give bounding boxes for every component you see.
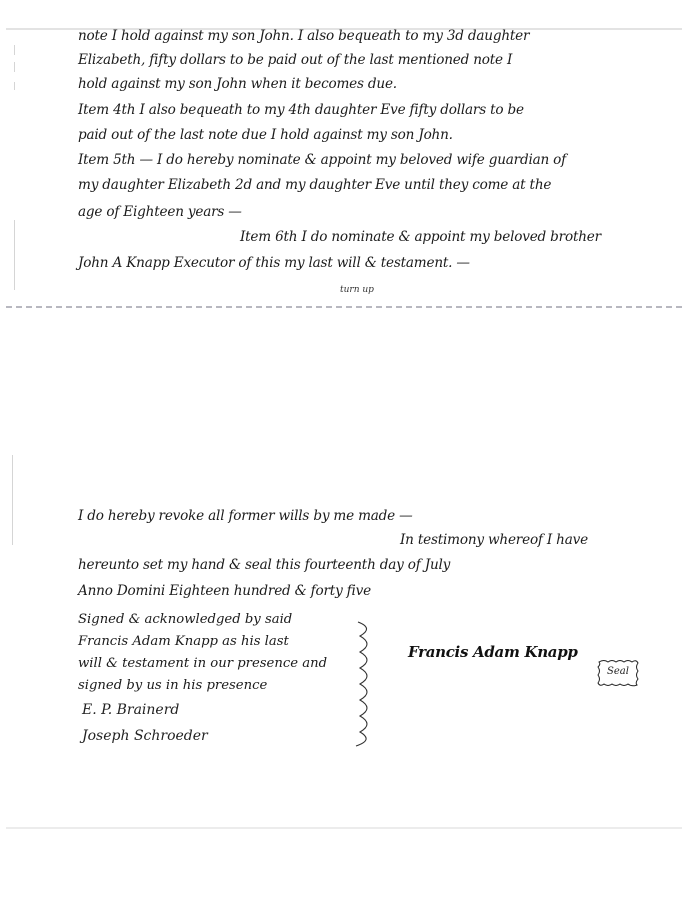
will-page-1: note I hold against my son John. I also … bbox=[0, 0, 695, 308]
seal: Seal bbox=[596, 658, 640, 688]
attestation-line: signed by us in his presence bbox=[78, 678, 267, 693]
attestation-line: will & testament in our presence and bbox=[78, 656, 327, 671]
witness-signature: E. P. Brainerd bbox=[82, 702, 179, 718]
seal-label: Seal bbox=[596, 666, 640, 677]
attestation-line: Signed & acknowledged by said bbox=[78, 612, 292, 627]
will-line: John A Knapp Executor of this my last wi… bbox=[78, 255, 470, 271]
page-bottom-edge bbox=[6, 827, 682, 829]
revocation-line: I do hereby revoke all former wills by m… bbox=[78, 508, 413, 524]
will-item-6: Item 6th I do nominate & appoint my belo… bbox=[240, 229, 601, 245]
will-line: my daughter Elizabeth 2d and my daughter… bbox=[78, 177, 551, 193]
margin-mark bbox=[12, 455, 13, 545]
will-line: paid out of the last note due I hold aga… bbox=[78, 127, 453, 143]
page-bottom-edge bbox=[6, 306, 682, 308]
bracket-flourish bbox=[352, 618, 382, 748]
will-line: age of Eighteen years — bbox=[78, 204, 242, 220]
will-line: hold against my son John when it becomes… bbox=[78, 76, 397, 92]
turn-over-note: turn up bbox=[340, 285, 374, 295]
margin-mark bbox=[14, 82, 15, 90]
date-line: Anno Domini Eighteen hundred & forty fiv… bbox=[78, 583, 371, 599]
testator-signature: Francis Adam Knapp bbox=[408, 643, 578, 661]
will-line: note I hold against my son John. I also … bbox=[78, 28, 529, 44]
witness-signature: Joseph Schroeder bbox=[82, 728, 208, 744]
margin-mark bbox=[14, 62, 15, 72]
testimony-line: hereunto set my hand & seal this fourtee… bbox=[78, 557, 450, 573]
will-item-5: Item 5th — I do hereby nominate & appoin… bbox=[78, 152, 566, 168]
will-line: Elizabeth, fifty dollars to be paid out … bbox=[78, 52, 512, 68]
margin-mark bbox=[14, 220, 15, 290]
margin-mark bbox=[14, 45, 15, 55]
scanned-document: note I hold against my son John. I also … bbox=[0, 0, 695, 899]
testimony-line: In testimony whereof I have bbox=[400, 532, 588, 548]
attestation-line: Francis Adam Knapp as his last bbox=[78, 634, 289, 649]
will-item-4: Item 4th I also bequeath to my 4th daugh… bbox=[78, 102, 524, 118]
